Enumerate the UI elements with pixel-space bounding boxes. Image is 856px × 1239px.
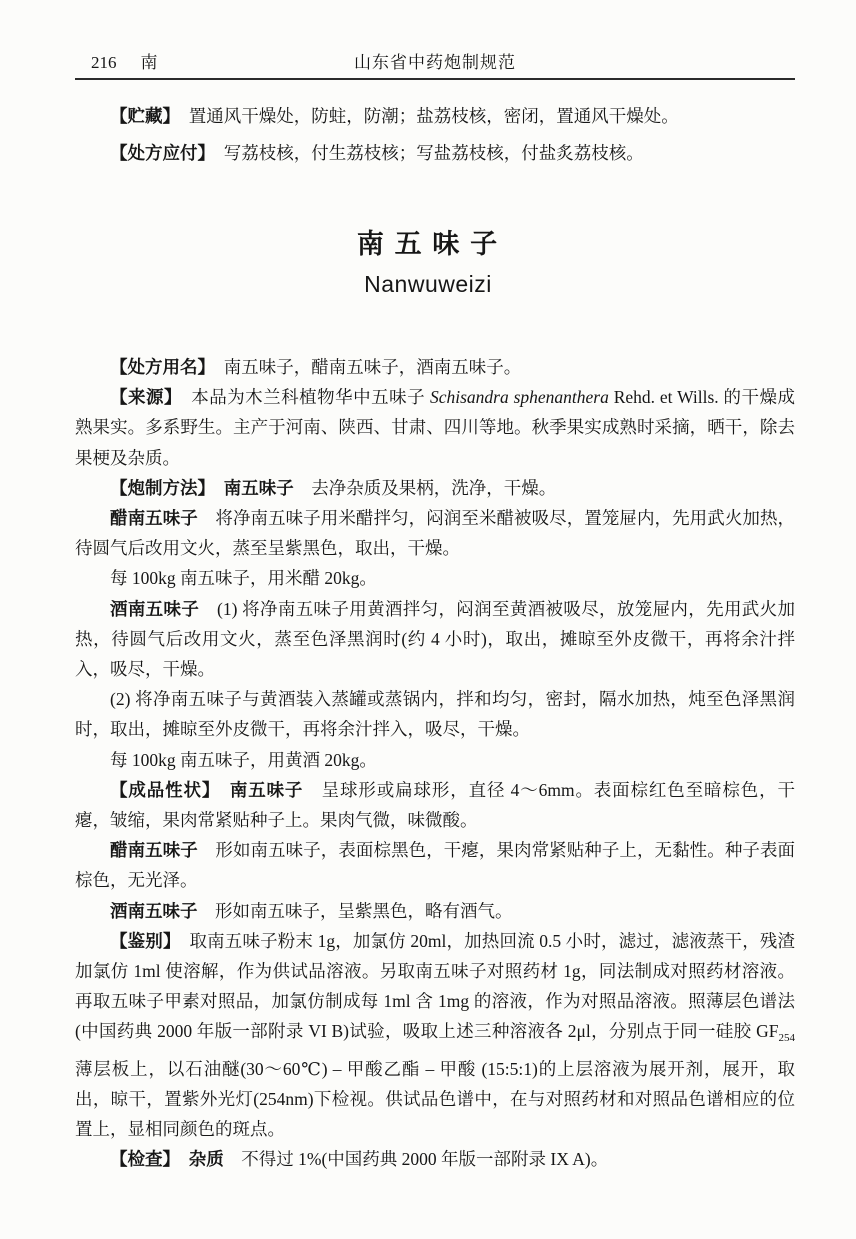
carryover-paragraphs: 【贮藏】 置通风干燥处，防蛀，防潮；盐荔枝核，密闭，置通风干燥处。 【处方应付】… bbox=[75, 98, 795, 172]
text-run: 每 100kg 南五味子，用米醋 20kg。 bbox=[110, 568, 377, 588]
book-title: 山东省中药炮制规范 bbox=[75, 48, 795, 73]
para-wine-processing-2: (2) 将净南五味子与黄酒装入蒸罐或蒸锅内，拌和均匀，密封，隔水加热，炖至色泽黑… bbox=[75, 684, 795, 744]
monograph-body: 【处方用名】 南五味子，醋南五味子，酒南五味子。 【来源】 本品为木兰科植物华中… bbox=[75, 352, 795, 1174]
text-run: (2) 将净南五味子与黄酒装入蒸罐或蒸锅内，拌和均匀，密封，隔水加热，炖至色泽黑… bbox=[75, 689, 795, 739]
running-head: 216 南 山东省中药炮制规范 bbox=[75, 46, 795, 80]
subsection-label: 醋南五味子 bbox=[110, 508, 198, 528]
para-source: 【来源】 本品为木兰科植物华中五味子 Schisandra sphenanthe… bbox=[75, 382, 795, 473]
para-product-characters-raw: 【成品性状】 南五味子 呈球形或扁球形，直径 4～6mm。表面棕红色至暗棕色，干… bbox=[75, 775, 795, 835]
text-run: 南五味子，醋南五味子，酒南五味子。 bbox=[206, 357, 521, 377]
subsection-label: 醋南五味子 bbox=[110, 840, 198, 860]
subscript-254: 254 bbox=[779, 1032, 796, 1044]
section-label: 【成品性状】 南五味子 bbox=[110, 780, 303, 800]
para-prescription-names: 【处方用名】 南五味子，醋南五味子，酒南五味子。 bbox=[75, 352, 795, 382]
text-run: 置通风干燥处，防蛀，防潮；盐荔枝核，密闭，置通风干燥处。 bbox=[171, 106, 679, 126]
monograph-title-pinyin: Nanwuweizi bbox=[0, 271, 856, 298]
section-label: 【贮藏】 bbox=[110, 106, 171, 126]
para-vinegar-processing: 醋南五味子 将净南五味子用米醋拌匀，闷润至米醋被吸尽，置笼屉内，先用武火加热，待… bbox=[75, 503, 795, 563]
section-label: 【检查】 杂质 bbox=[110, 1149, 224, 1169]
subsection-label: 酒南五味子 bbox=[110, 599, 199, 619]
para-storage: 【贮藏】 置通风干燥处，防蛀，防潮；盐荔枝核，密闭，置通风干燥处。 bbox=[75, 98, 795, 135]
para-product-characters-wine: 酒南五味子 形如南五味子，呈紫黑色，略有酒气。 bbox=[75, 896, 795, 926]
para-processing-method: 【炮制方法】 南五味子 去净杂质及果柄，洗净，干燥。 bbox=[75, 473, 795, 503]
latin-binomial: Schisandra sphenanthera bbox=[430, 387, 609, 407]
text-run: 薄层板上，以石油醚(30～60℃) – 甲酸乙酯 – 甲酸 (15:5:1)的上… bbox=[75, 1059, 795, 1139]
text-run: 取南五味子粉末 1g，加氯仿 20ml，加热回流 0.5 小时，滤过，滤液蒸干，… bbox=[75, 931, 795, 1042]
para-identification: 【鉴别】 取南五味子粉末 1g，加氯仿 20ml，加热回流 0.5 小时，滤过，… bbox=[75, 926, 795, 1144]
monograph-title-block: 南 五 味 子 Nanwuweizi bbox=[0, 222, 856, 298]
text-run: 本品为木兰科植物华中五味子 bbox=[173, 387, 430, 407]
text-run: 形如南五味子，呈紫黑色，略有酒气。 bbox=[198, 901, 513, 921]
monograph-title-chinese: 南 五 味 子 bbox=[0, 222, 856, 261]
text-run: 写荔枝核，付生荔枝核；写盐荔枝核，付盐炙荔枝核。 bbox=[206, 143, 644, 163]
section-label: 【处方用名】 bbox=[110, 357, 206, 377]
para-wine-processing-1: 酒南五味子 (1) 将净南五味子用黄酒拌匀，闷润至黄酒被吸尽，放笼屉内，先用武火… bbox=[75, 594, 795, 685]
para-wine-ratio: 每 100kg 南五味子，用黄酒 20kg。 bbox=[75, 745, 795, 775]
para-inspection: 【检查】 杂质 不得过 1%(中国药典 2000 年版一部附录 IX A)。 bbox=[75, 1144, 795, 1174]
text-run: 去净杂质及果柄，洗净，干燥。 bbox=[294, 478, 557, 498]
section-label: 【处方应付】 bbox=[110, 143, 206, 163]
section-label: 【鉴别】 bbox=[110, 931, 172, 951]
subsection-label: 酒南五味子 bbox=[110, 901, 198, 921]
para-dispensing: 【处方应付】 写荔枝核，付生荔枝核；写盐荔枝核，付盐炙荔枝核。 bbox=[75, 135, 795, 172]
text-run: 每 100kg 南五味子，用黄酒 20kg。 bbox=[110, 750, 377, 770]
para-vinegar-ratio: 每 100kg 南五味子，用米醋 20kg。 bbox=[75, 563, 795, 593]
scanned-book-page: 216 南 山东省中药炮制规范 【贮藏】 置通风干燥处，防蛀，防潮；盐荔枝核，密… bbox=[0, 0, 856, 1239]
section-label: 【炮制方法】 南五味子 bbox=[110, 478, 294, 498]
text-run: 不得过 1%(中国药典 2000 年版一部附录 IX A)。 bbox=[224, 1149, 609, 1169]
para-product-characters-vinegar: 醋南五味子 形如南五味子，表面棕黑色，干瘪，果肉常紧贴种子上，无黏性。种子表面棕… bbox=[75, 835, 795, 895]
section-label: 【来源】 bbox=[110, 387, 173, 407]
